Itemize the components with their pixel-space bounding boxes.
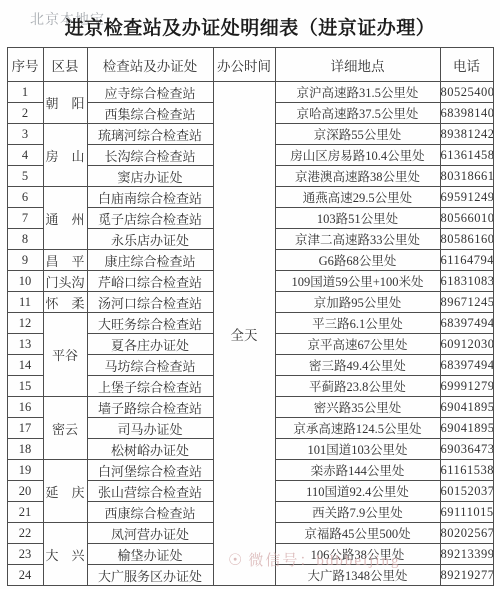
station-cell: 马坊综合检查站 (87, 355, 213, 376)
phone-cell: 80525400 (440, 82, 493, 103)
row-number-cell: 17 (7, 418, 43, 439)
row-number-cell: 1 (7, 82, 43, 103)
station-cell: 觅子店综合检查站 (87, 208, 213, 229)
table-header-row: 序号 区县 检查站及办证处 办公时间 详细地点 电话 (7, 48, 493, 82)
phone-cell: 68397494 (440, 313, 493, 334)
phone-cell: 61831083 (440, 271, 493, 292)
row-number-cell: 15 (7, 376, 43, 397)
station-cell: 司马办证处 (87, 418, 213, 439)
row-number-cell: 22 (7, 523, 43, 544)
station-cell: 西康综合检查站 (87, 502, 213, 523)
header-station: 检查站及办证处 (87, 48, 213, 82)
district-cell: 怀 柔 (43, 292, 87, 313)
phone-cell: 69111015 (440, 502, 493, 523)
phone-cell: 69041895 (440, 397, 493, 418)
station-cell: 芹峪口综合检查站 (87, 271, 213, 292)
table-row: 1朝 阳应寺综合检查站全天京沪高速路31.5公里处80525400 (7, 82, 493, 103)
row-number-cell: 16 (7, 397, 43, 418)
document-page: 北京本地宝 进京检查站及办证处明细表（进京证办理） 序号 区县 检查站及办证处 … (0, 0, 500, 589)
phone-cell: 60912030 (440, 334, 493, 355)
checkpoint-table: 序号 区县 检查站及办证处 办公时间 详细地点 电话 1朝 阳应寺综合检查站全天… (7, 47, 494, 586)
phone-cell: 69041895 (440, 418, 493, 439)
station-cell: 大旺务综合检查站 (87, 313, 213, 334)
row-number-cell: 24 (7, 565, 43, 586)
phone-cell: 89213399 (440, 544, 493, 565)
phone-cell: 68398140 (440, 103, 493, 124)
location-cell: 101国道103公里处 (275, 439, 440, 460)
location-cell: 109国道59公里+100米处 (275, 271, 440, 292)
row-number-cell: 2 (7, 103, 43, 124)
location-cell: 密兴路35公里处 (275, 397, 440, 418)
phone-cell: 61164794 (440, 250, 493, 271)
location-cell: 京承高速路124.5公里处 (275, 418, 440, 439)
row-number-cell: 3 (7, 124, 43, 145)
row-number-cell: 21 (7, 502, 43, 523)
table-body: 1朝 阳应寺综合检查站全天京沪高速路31.5公里处805254002西集综合检查… (7, 82, 493, 586)
row-number-cell: 5 (7, 166, 43, 187)
station-cell: 墙子路综合检查站 (87, 397, 213, 418)
office-hours-cell: 全天 (213, 82, 275, 586)
row-number-cell: 7 (7, 208, 43, 229)
location-cell: 京福路45公里500处 (275, 523, 440, 544)
location-cell: 106公路38公里处 (275, 544, 440, 565)
district-cell: 延 庆 (43, 460, 87, 523)
district-cell: 大 兴 (43, 523, 87, 586)
location-cell: 密三路49.4公里处 (275, 355, 440, 376)
row-number-cell: 4 (7, 145, 43, 166)
phone-cell: 69991279 (440, 376, 493, 397)
station-cell: 榆垡办证处 (87, 544, 213, 565)
station-cell: 白庙南综合检查站 (87, 187, 213, 208)
header-location: 详细地点 (275, 48, 440, 82)
location-cell: 103路51公里处 (275, 208, 440, 229)
location-cell: 房山区房易路10.4公里处 (275, 145, 440, 166)
location-cell: 京平高速67公里处 (275, 334, 440, 355)
station-cell: 西集综合检查站 (87, 103, 213, 124)
location-cell: 平蓟路23.8公里处 (275, 376, 440, 397)
phone-cell: 80586160 (440, 229, 493, 250)
location-cell: 平三路6.1公里处 (275, 313, 440, 334)
station-cell: 窦店办证处 (87, 166, 213, 187)
row-number-cell: 20 (7, 481, 43, 502)
phone-cell: 61361458 (440, 145, 493, 166)
district-cell: 密云 (43, 397, 87, 460)
district-cell: 房 山 (43, 124, 87, 187)
location-cell: 西关路7.9公里处 (275, 502, 440, 523)
station-cell: 凤河营办证处 (87, 523, 213, 544)
station-cell: 松树峪办证处 (87, 439, 213, 460)
header-serial-number: 序号 (7, 48, 43, 82)
row-number-cell: 23 (7, 544, 43, 565)
row-number-cell: 8 (7, 229, 43, 250)
location-cell: 110国道92.4公里处 (275, 481, 440, 502)
station-cell: 夏各庄办证处 (87, 334, 213, 355)
location-cell: 通燕高速29.5公里处 (275, 187, 440, 208)
phone-cell: 80318661 (440, 166, 493, 187)
location-cell: 京沪高速路31.5公里处 (275, 82, 440, 103)
phone-cell: 69591249 (440, 187, 493, 208)
header-office-hours: 办公时间 (213, 48, 275, 82)
station-cell: 康庄综合检查站 (87, 250, 213, 271)
page-title: 进京检查站及办证处明细表（进京证办理） (0, 0, 500, 40)
row-number-cell: 12 (7, 313, 43, 334)
phone-cell: 89671245 (440, 292, 493, 313)
location-cell: 京港澳高速路38公里处 (275, 166, 440, 187)
phone-cell: 80202567 (440, 523, 493, 544)
district-cell: 朝 阳 (43, 82, 87, 124)
row-number-cell: 19 (7, 460, 43, 481)
phone-cell: 68397494 (440, 355, 493, 376)
phone-cell: 60152037 (440, 481, 493, 502)
station-cell: 上堡子综合检查站 (87, 376, 213, 397)
station-cell: 大广服务区办证处 (87, 565, 213, 586)
row-number-cell: 13 (7, 334, 43, 355)
district-cell: 昌 平 (43, 250, 87, 271)
district-cell: 通 州 (43, 187, 87, 250)
location-cell: G6路68公里处 (275, 250, 440, 271)
district-cell: 门头沟 (43, 271, 87, 292)
row-number-cell: 11 (7, 292, 43, 313)
location-cell: 京加路95公里处 (275, 292, 440, 313)
phone-cell: 89381242 (440, 124, 493, 145)
row-number-cell: 18 (7, 439, 43, 460)
row-number-cell: 6 (7, 187, 43, 208)
phone-cell: 80566010 (440, 208, 493, 229)
location-cell: 京津二高速路33公里处 (275, 229, 440, 250)
location-cell: 京哈高速路37.5公里处 (275, 103, 440, 124)
station-cell: 应寺综合检查站 (87, 82, 213, 103)
location-cell: 大广路1348公里处 (275, 565, 440, 586)
station-cell: 汤河口综合检查站 (87, 292, 213, 313)
header-phone: 电话 (440, 48, 493, 82)
location-cell: 栾赤路144公里处 (275, 460, 440, 481)
row-number-cell: 9 (7, 250, 43, 271)
location-cell: 京深路55公里处 (275, 124, 440, 145)
district-cell: 平谷 (43, 313, 87, 397)
row-number-cell: 10 (7, 271, 43, 292)
header-district: 区县 (43, 48, 87, 82)
phone-cell: 61161538 (440, 460, 493, 481)
phone-cell: 89219277 (440, 565, 493, 586)
station-cell: 白河堡综合检查站 (87, 460, 213, 481)
station-cell: 琉璃河综合检查站 (87, 124, 213, 145)
phone-cell: 69036473 (440, 439, 493, 460)
station-cell: 永乐店办证处 (87, 229, 213, 250)
station-cell: 张山营综合检查站 (87, 481, 213, 502)
row-number-cell: 14 (7, 355, 43, 376)
station-cell: 长沟综合检查站 (87, 145, 213, 166)
